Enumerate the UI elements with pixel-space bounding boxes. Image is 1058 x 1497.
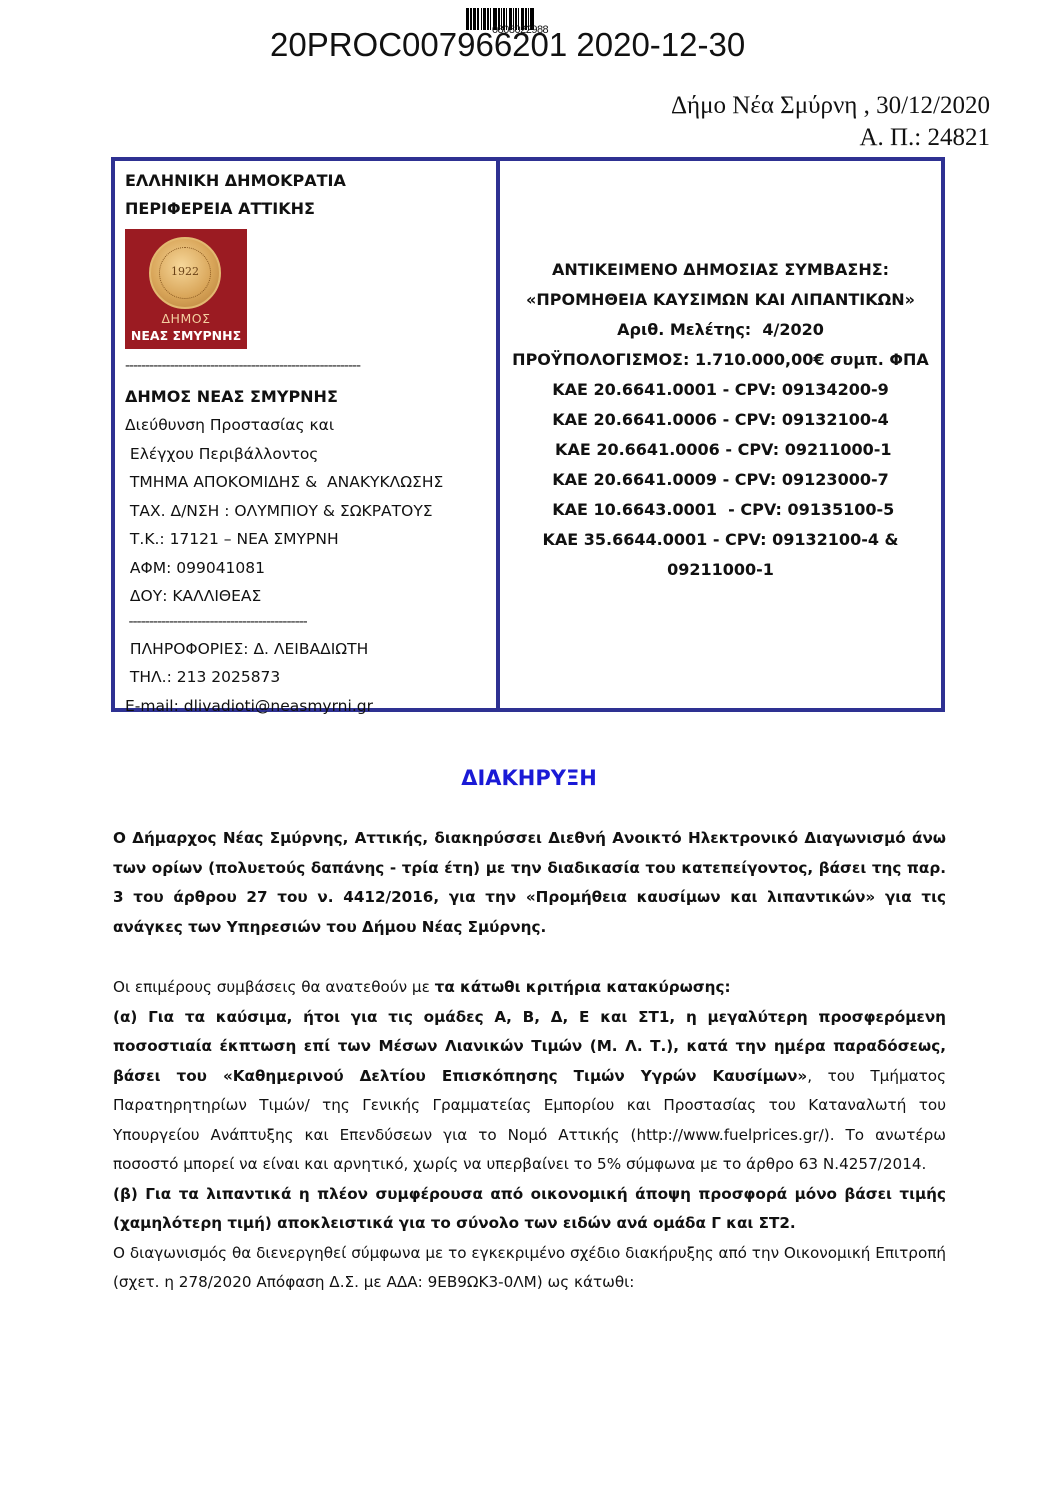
coin-emblem-icon: 1922 — [149, 237, 221, 309]
separator: ----------------------------------------… — [125, 613, 496, 631]
municipality-logo: 1922 ΔΗΜΟΣ ΝΕΑΣ ΣΜΥΡΝΗΣ — [125, 229, 247, 349]
issuer-line: ΤΑΧ. Δ/ΝΣΗ : ΟΛΥΜΠΙΟΥ & ΣΩΚΡΑΤΟΥΣ — [125, 497, 496, 526]
kae-cpv-line: ΚΑΕ 35.6644.0001 - CPV: 09132100-4 & — [542, 525, 898, 555]
logo-label-1: ΔΗΜΟΣ — [125, 311, 247, 326]
criteria-section: Οι επιμέρους συμβάσεις θα ανατεθούν με τ… — [113, 973, 946, 1298]
document-title: ΔΙΑΚΗΡΥΞΗ — [0, 766, 1058, 790]
contact-email: E-mail: dlivadioti@neasmyrni.gr — [125, 692, 496, 721]
kae-cpv-line: ΚΑΕ 20.6641.0009 - CPV: 09123000-7 — [552, 465, 888, 495]
issuer-region: ΠΕΡΙΦΕΡΕΙΑ ΑΤΤΙΚΗΣ — [125, 195, 496, 223]
intro-paragraph: Ο Δήμαρχος Νέας Σμύρνης, Αττικής, διακηρ… — [113, 824, 946, 942]
contact-person: ΠΛΗΡΟΦΟΡΙΕΣ: Δ. ΛΕΙΒΑΔΙΩΤΗ — [125, 635, 496, 664]
contract-subject-label: ΑΝΤΙΚΕΙΜΕΝΟ ΔΗΜΟΣΙΑΣ ΣΥΜΒΑΣΗΣ: — [552, 255, 889, 285]
separator: ----------------------------------------… — [125, 357, 496, 375]
contract-subject: «ΠΡΟΜΗΘΕΙΑ ΚΑΥΣΙΜΩΝ ΚΑΙ ΛΙΠΑΝΤΙΚΩΝ» — [526, 285, 915, 315]
contract-cell: ΑΝΤΙΚΕΙΜΕΝΟ ΔΗΜΟΣΙΑΣ ΣΥΜΒΑΣΗΣ: «ΠΡΟΜΗΘΕΙ… — [500, 161, 941, 708]
kae-cpv-line: 09211000-1 — [667, 555, 774, 585]
criterion-b: (β) Για τα λιπαντικά η πλέον συμφέρουσα … — [113, 1180, 946, 1239]
header-box: ΕΛΛΗΝΙΚΗ ΔΗΜΟΚΡΑΤΙΑ ΠΕΡΙΦΕΡΕΙΑ ΑΤΤΙΚΗΣ 1… — [111, 157, 945, 712]
kae-cpv-line: ΚΑΕ 20.6641.0006 - CPV: 09132100-4 — [552, 405, 888, 435]
issuer-line: ΔΟΥ: ΚΑΛΛΙΘΕΑΣ — [125, 582, 496, 611]
issuer-cell: ΕΛΛΗΝΙΚΗ ΔΗΜΟΚΡΑΤΙΑ ΠΕΡΙΦΕΡΕΙΑ ΑΤΤΙΚΗΣ 1… — [115, 161, 500, 708]
issuer-line: Ελέγχου Περιβάλλοντος — [125, 440, 496, 469]
kae-cpv-line: ΚΑΕ 10.6643.0001 - CPV: 09135100-5 — [547, 495, 895, 525]
issuer-details: Διεύθυνση Προστασίας και Ελέγχου Περιβάλ… — [125, 411, 496, 611]
criteria-intro: Οι επιμέρους συμβάσεις θα ανατεθούν με τ… — [113, 973, 946, 1003]
issuer-line: ΑΦΜ: 099041081 — [125, 554, 496, 583]
criterion-a: (α) Για τα καύσιμα, ήτοι για τις ομάδες … — [113, 1003, 946, 1180]
kae-cpv-line: ΚΑΕ 20.6641.0006 - CPV: 09211000-1 — [549, 435, 891, 465]
place-date: Δήμο Νέα Σμύρνη , 30/12/2020 — [671, 92, 990, 120]
issuer-line: Τ.Κ.: 17121 – ΝΕΑ ΣΜΥΡΝΗ — [125, 525, 496, 554]
closing-paragraph: Ο διαγωνισμός θα διενεργηθεί σύμφωνα με … — [113, 1239, 946, 1298]
study-number: Αριθ. Μελέτης: 4/2020 — [617, 315, 824, 345]
municipality-name: ΔΗΜΟΣ ΝΕΑΣ ΣΜΥΡΝΗΣ — [125, 383, 496, 411]
budget: ΠΡΟΫΠΟΛΟΓΙΣΜΟΣ: 1.710.000,00€ συμπ. ΦΠΑ — [512, 345, 929, 375]
logo-label-2: ΝΕΑΣ ΣΜΥΡΝΗΣ — [125, 328, 247, 343]
kae-cpv-line: ΚΑΕ 20.6641.0001 - CPV: 09134200-9 — [552, 375, 888, 405]
document-id: 20PROC007966201 2020-12-30 — [270, 26, 745, 64]
contact-phone: ΤΗΛ.: 213 2025873 — [125, 663, 496, 692]
issuer-line: ΤΜΗΜΑ ΑΠΟΚΟΜΙΔΗΣ & ΑΝΑΚΥΚΛΩΣΗΣ — [125, 468, 496, 497]
issuer-republic: ΕΛΛΗΝΙΚΗ ΔΗΜΟΚΡΑΤΙΑ — [125, 167, 496, 195]
protocol-number: Α. Π.: 24821 — [859, 124, 990, 152]
issuer-line: Διεύθυνση Προστασίας και — [125, 411, 496, 440]
coin-year: 1922 — [151, 265, 219, 278]
